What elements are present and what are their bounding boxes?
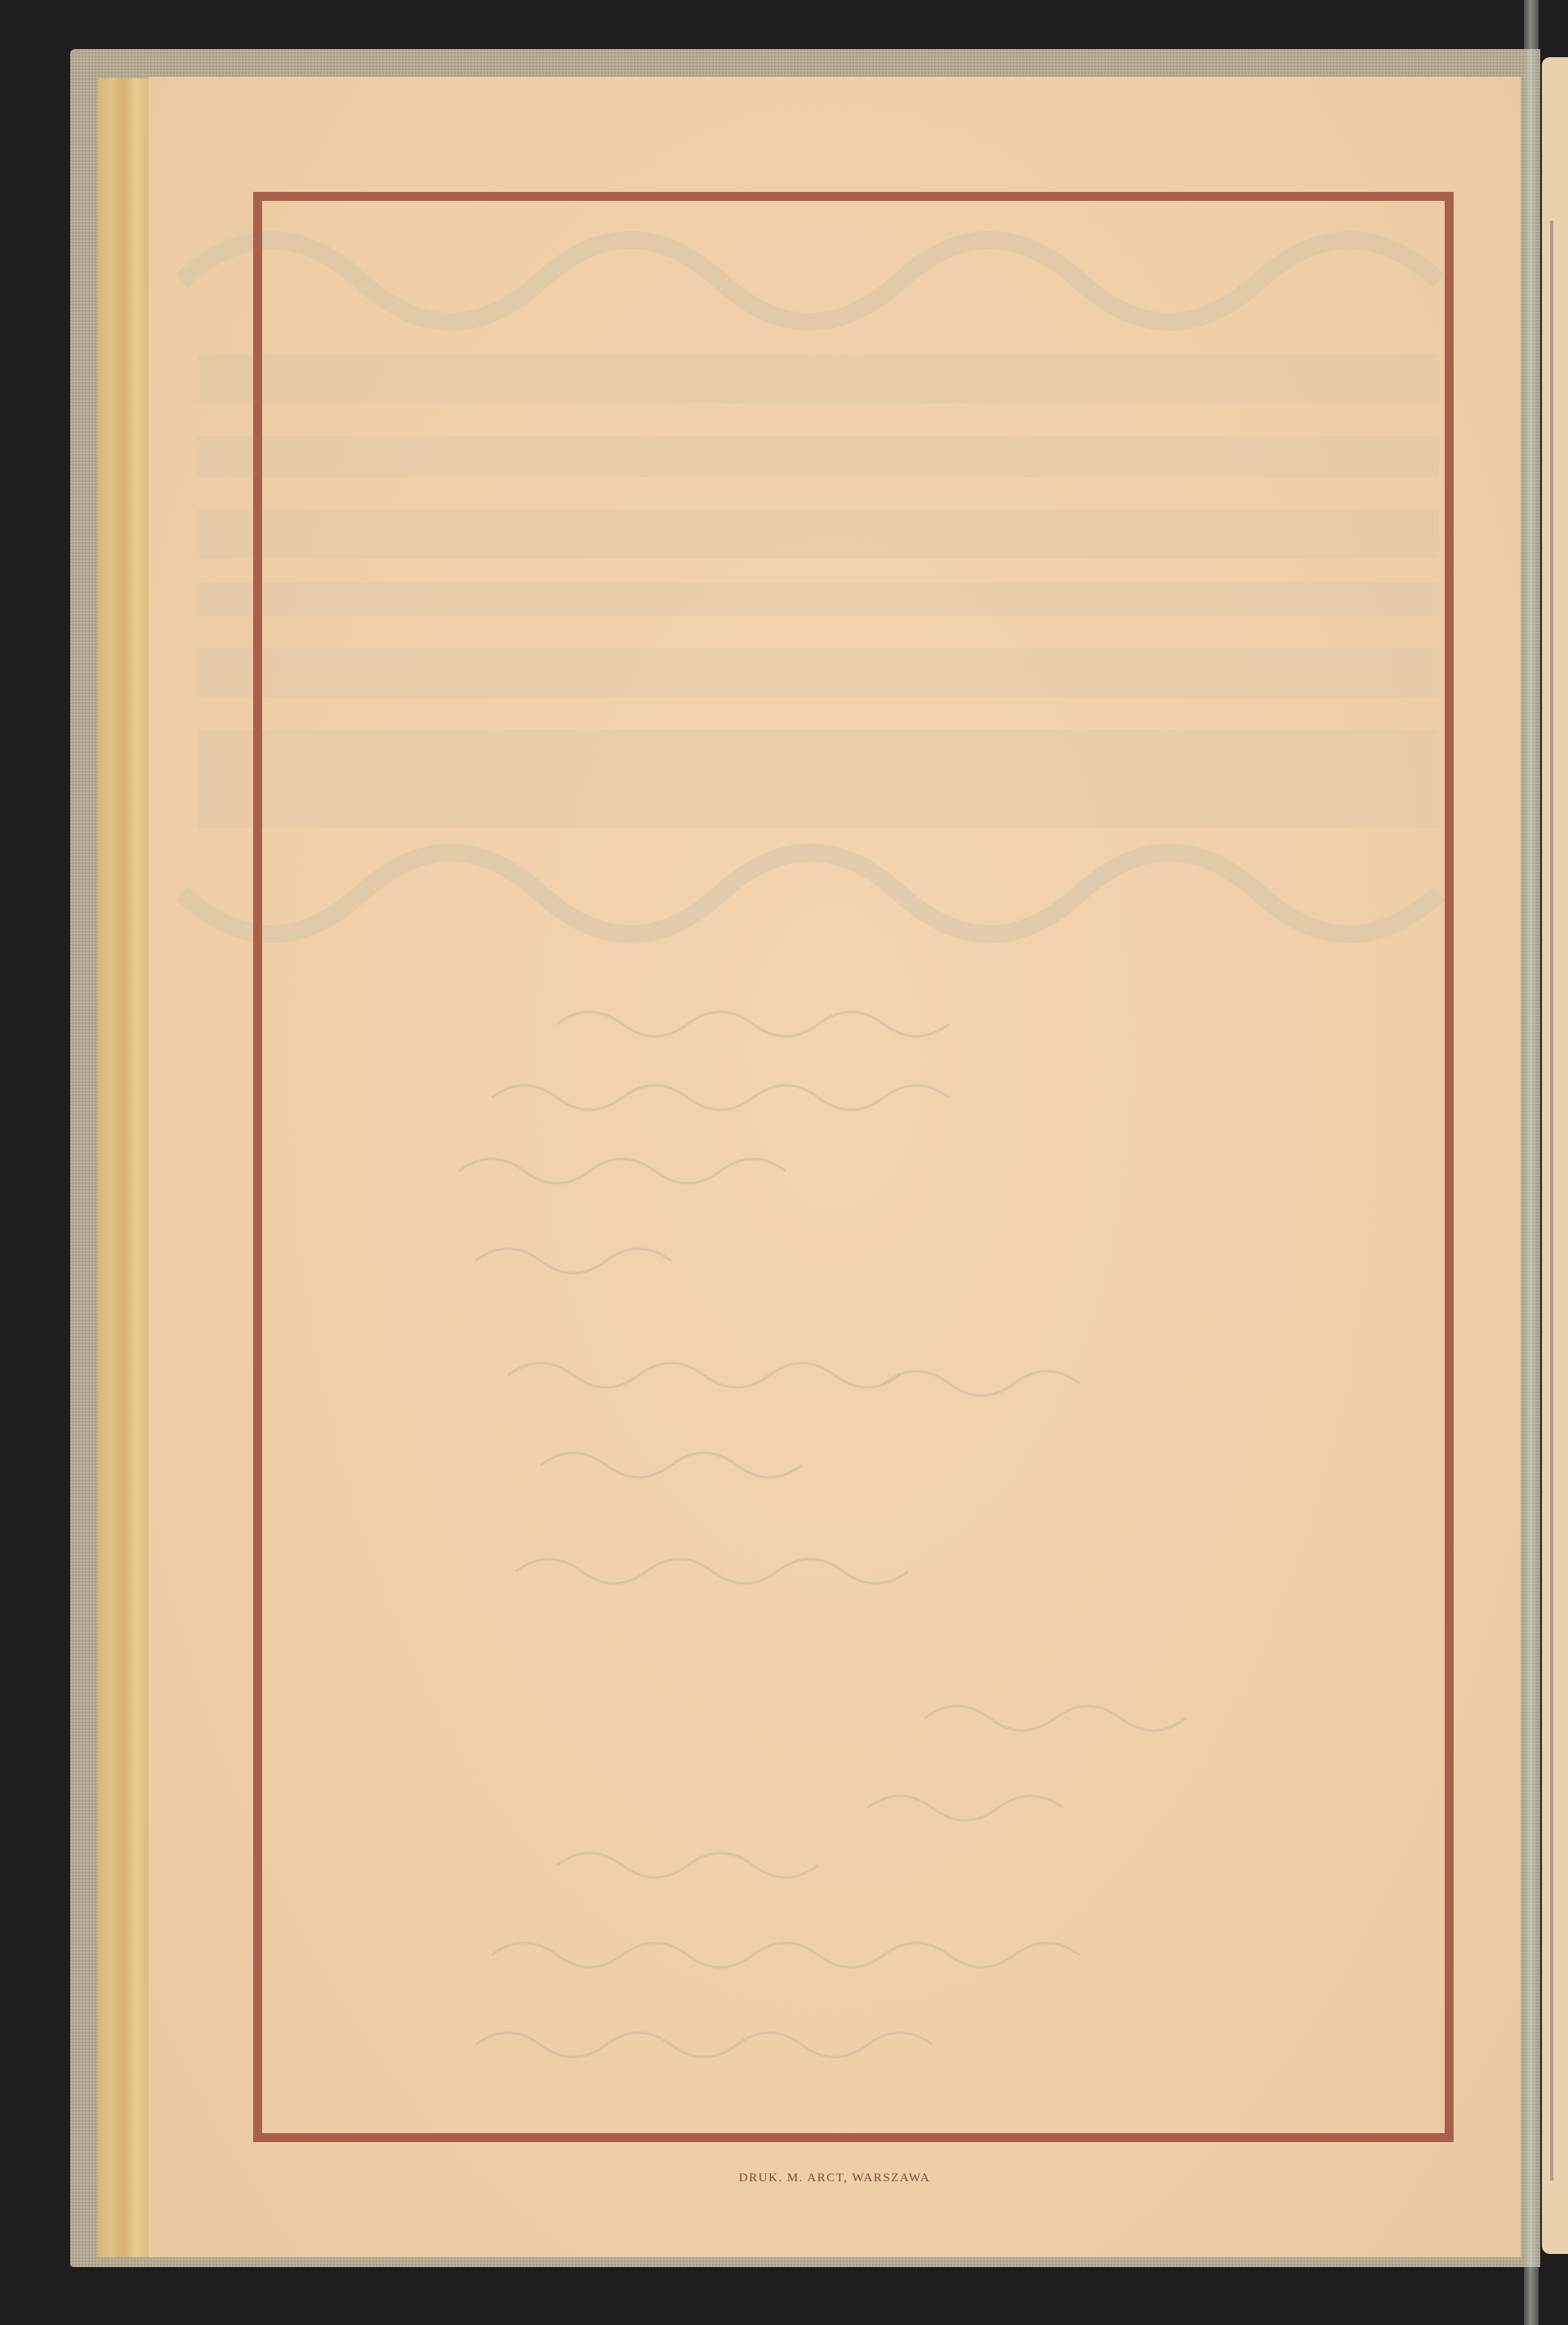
adjacent-page-frame [1550, 220, 1568, 2180]
decorative-frame [253, 192, 1454, 2142]
page-holder-rod [1524, 0, 1539, 2325]
book-page: DRUK. M. ARCT, WARSZAWA [149, 77, 1521, 2257]
adjacent-page-edge [1542, 57, 1568, 2254]
printer-imprint: DRUK. M. ARCT, WARSZAWA [149, 2171, 1521, 2185]
page-edges [98, 78, 149, 2257]
